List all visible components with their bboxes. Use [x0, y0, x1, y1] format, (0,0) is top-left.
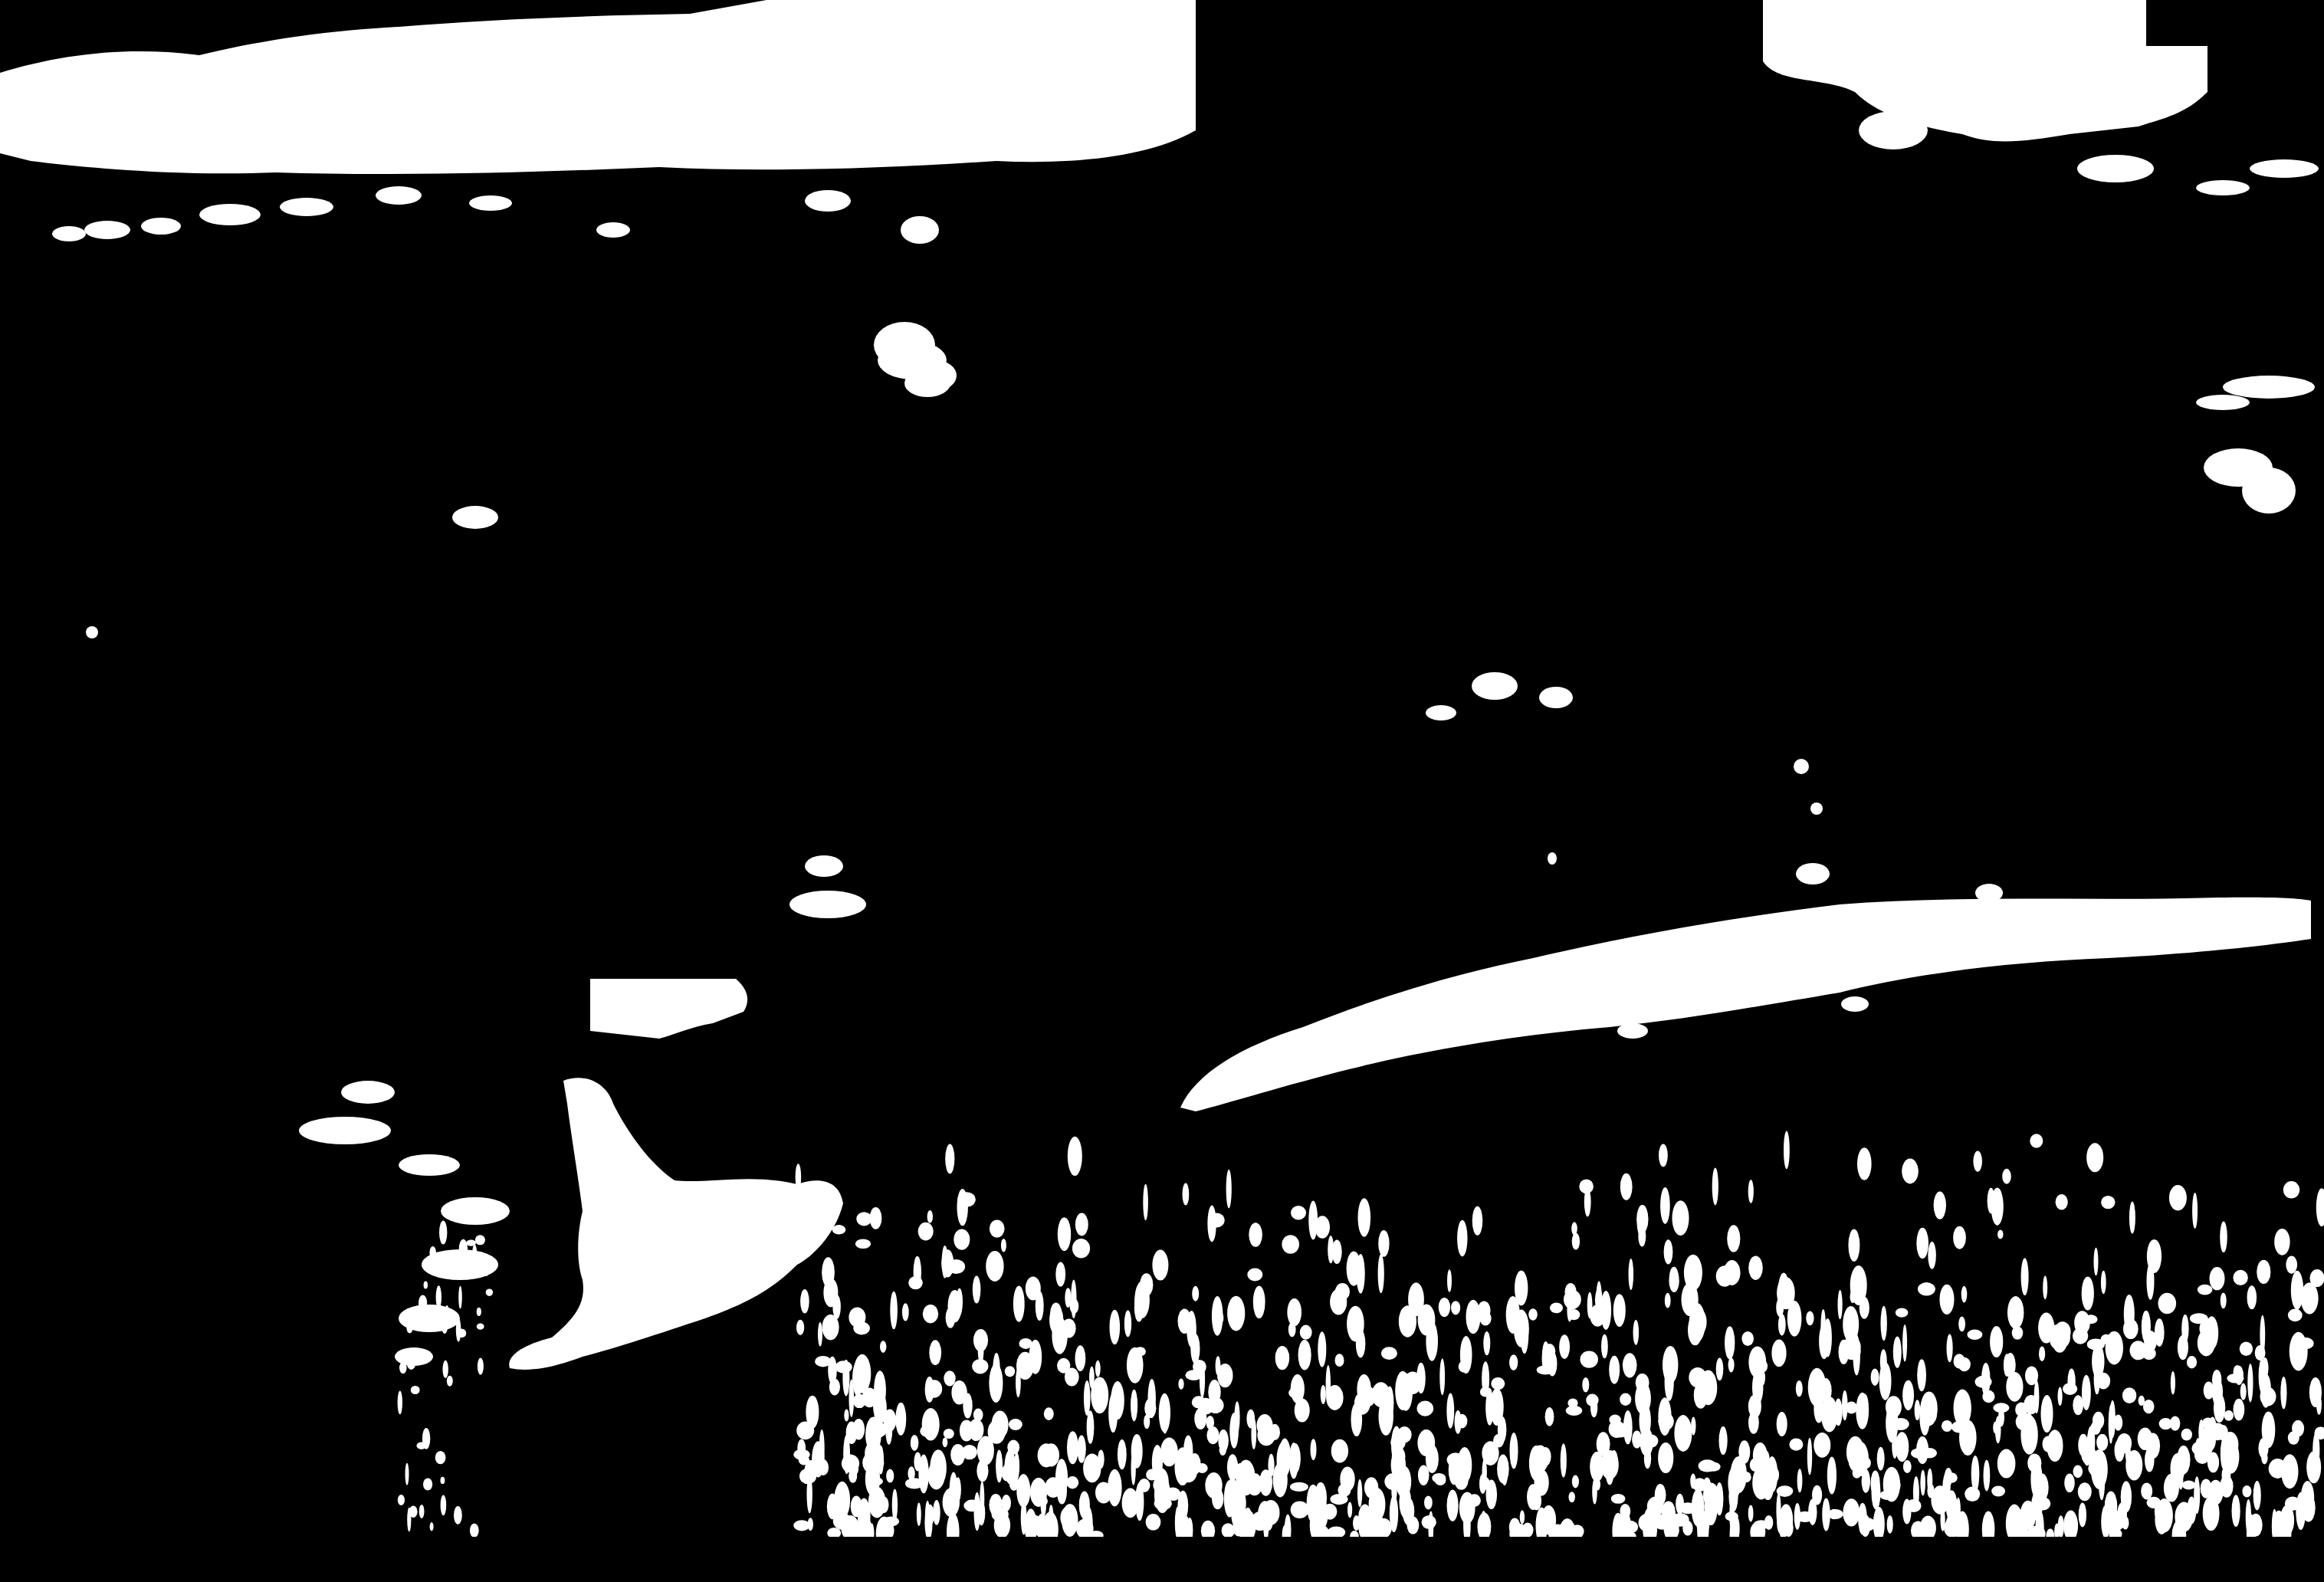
background [0, 0, 2324, 1582]
bottom-band [0, 1537, 2324, 1582]
binarized-photo [0, 0, 2324, 1582]
